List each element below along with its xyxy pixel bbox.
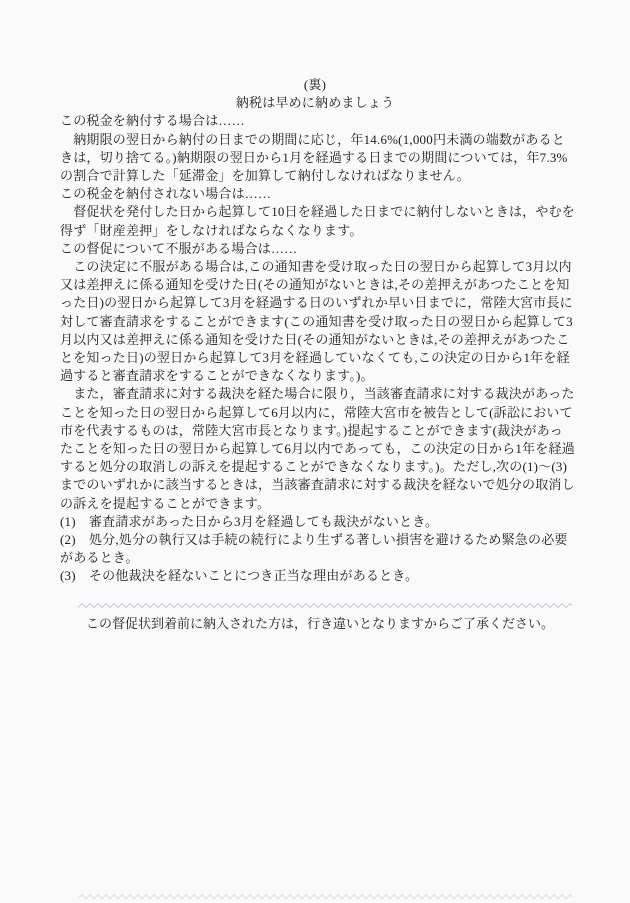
doc-line: までのいずれかに該当するときは，当該審査請求に対する裁決を経ないで処分の取消し [60,476,570,494]
doc-line: この税金を納付する場合は…… [60,112,570,130]
doc-line: とを知った日)の翌日から起算して3月を経過していなくても,この決定の日から1年を… [60,349,570,367]
doc-line: たことを知った日の翌日から起算して6月以内であっても，この決定の日から1年を経過 [60,440,570,458]
doc-line: また，審査請求に対する裁決を経た場合に限り，当該審査請求に対する裁決があった [60,385,570,403]
doc-line: 得ず「財産差押」をしなければならなくなります。 [60,222,570,240]
doc-list-item-1: (1) 審査請求があった日から3月を経過しても裁決がないとき。 [60,513,570,531]
doc-line: った日)の翌日から起算して3月を経過する日のいずれか早い日までに，常陸大宮市長に [60,294,570,312]
doc-line: きは，切り捨てる。)納期限の翌日から1月を経過する日までの期間については，年7.… [60,149,570,167]
doc-list-item-3: (3) その他裁決を経ないことにつき正当な理由があるとき。 [60,567,570,585]
wavy-separator [78,602,572,609]
doc-line: 又は差押えに係る通知を受けた日(その通知がないときは,その差押えがあつたことを知 [60,276,570,294]
document-content: (裏) 納税は早めに納めましょう この税金を納付する場合は…… 納期限の翌日から… [0,0,630,633]
doc-line: 市を代表するものは，常陸大宮市長となります。)提起することができます(裁決があっ [60,422,570,440]
doc-line: 納期限の翌日から納付の日までの期間に応じ，年14.6%(1,000円未満の端数が… [60,131,570,149]
doc-line: の割合で計算した「延滞金」を加算して納付しなければなりません。 [60,167,570,185]
doc-line: ことを知った日の翌日から起算して6月以内に，常陸大宮市を被告として(訴訟において [60,404,570,422]
doc-line: この税金を納付されない場合は…… [60,185,570,203]
arrival-notice-text: この督促状到着前に納入された方は，行き違いとなりますからご了承ください。 [60,615,570,633]
doc-line: 月以内又は差押えに係る通知を受けた日(その通知がないときは,その差押えがあつたこ [60,331,570,349]
document-page: (裏) 納税は早めに納めましょう この税金を納付する場合は…… 納期限の翌日から… [0,0,630,903]
doc-line: 過すると審査請求をすることができなくなります。)。 [60,367,570,385]
page-title: 納税は早めに納めましょう [60,94,570,112]
doc-line: 督促状を発付した日から起算して10日を経過した日までに納付しないときは，やむを [60,203,570,221]
side-label: (裏) [60,76,570,94]
doc-list-item-2: (2) 処分,処分の執行又は手続の続行により生ずる著しい損害を避けるため緊急の必… [60,531,570,549]
doc-line: の訴えを提起することができます。 [60,495,570,513]
doc-line: 対して審査請求をすることができます(この通知書を受け取った日の翌日から起算して3 [60,313,570,331]
doc-list-item-2-cont: があるとき。 [60,549,570,567]
doc-line: すると処分の取消しの訴えを提起することができなくなります。)。ただし,次の(1)… [60,458,570,476]
doc-line: この督促について不服がある場合は…… [60,240,570,258]
bottom-wavy-line [78,893,572,900]
doc-line: この決定に不服がある場合は,この通知書を受け取った日の翌日から起算して3月以内 [60,258,570,276]
